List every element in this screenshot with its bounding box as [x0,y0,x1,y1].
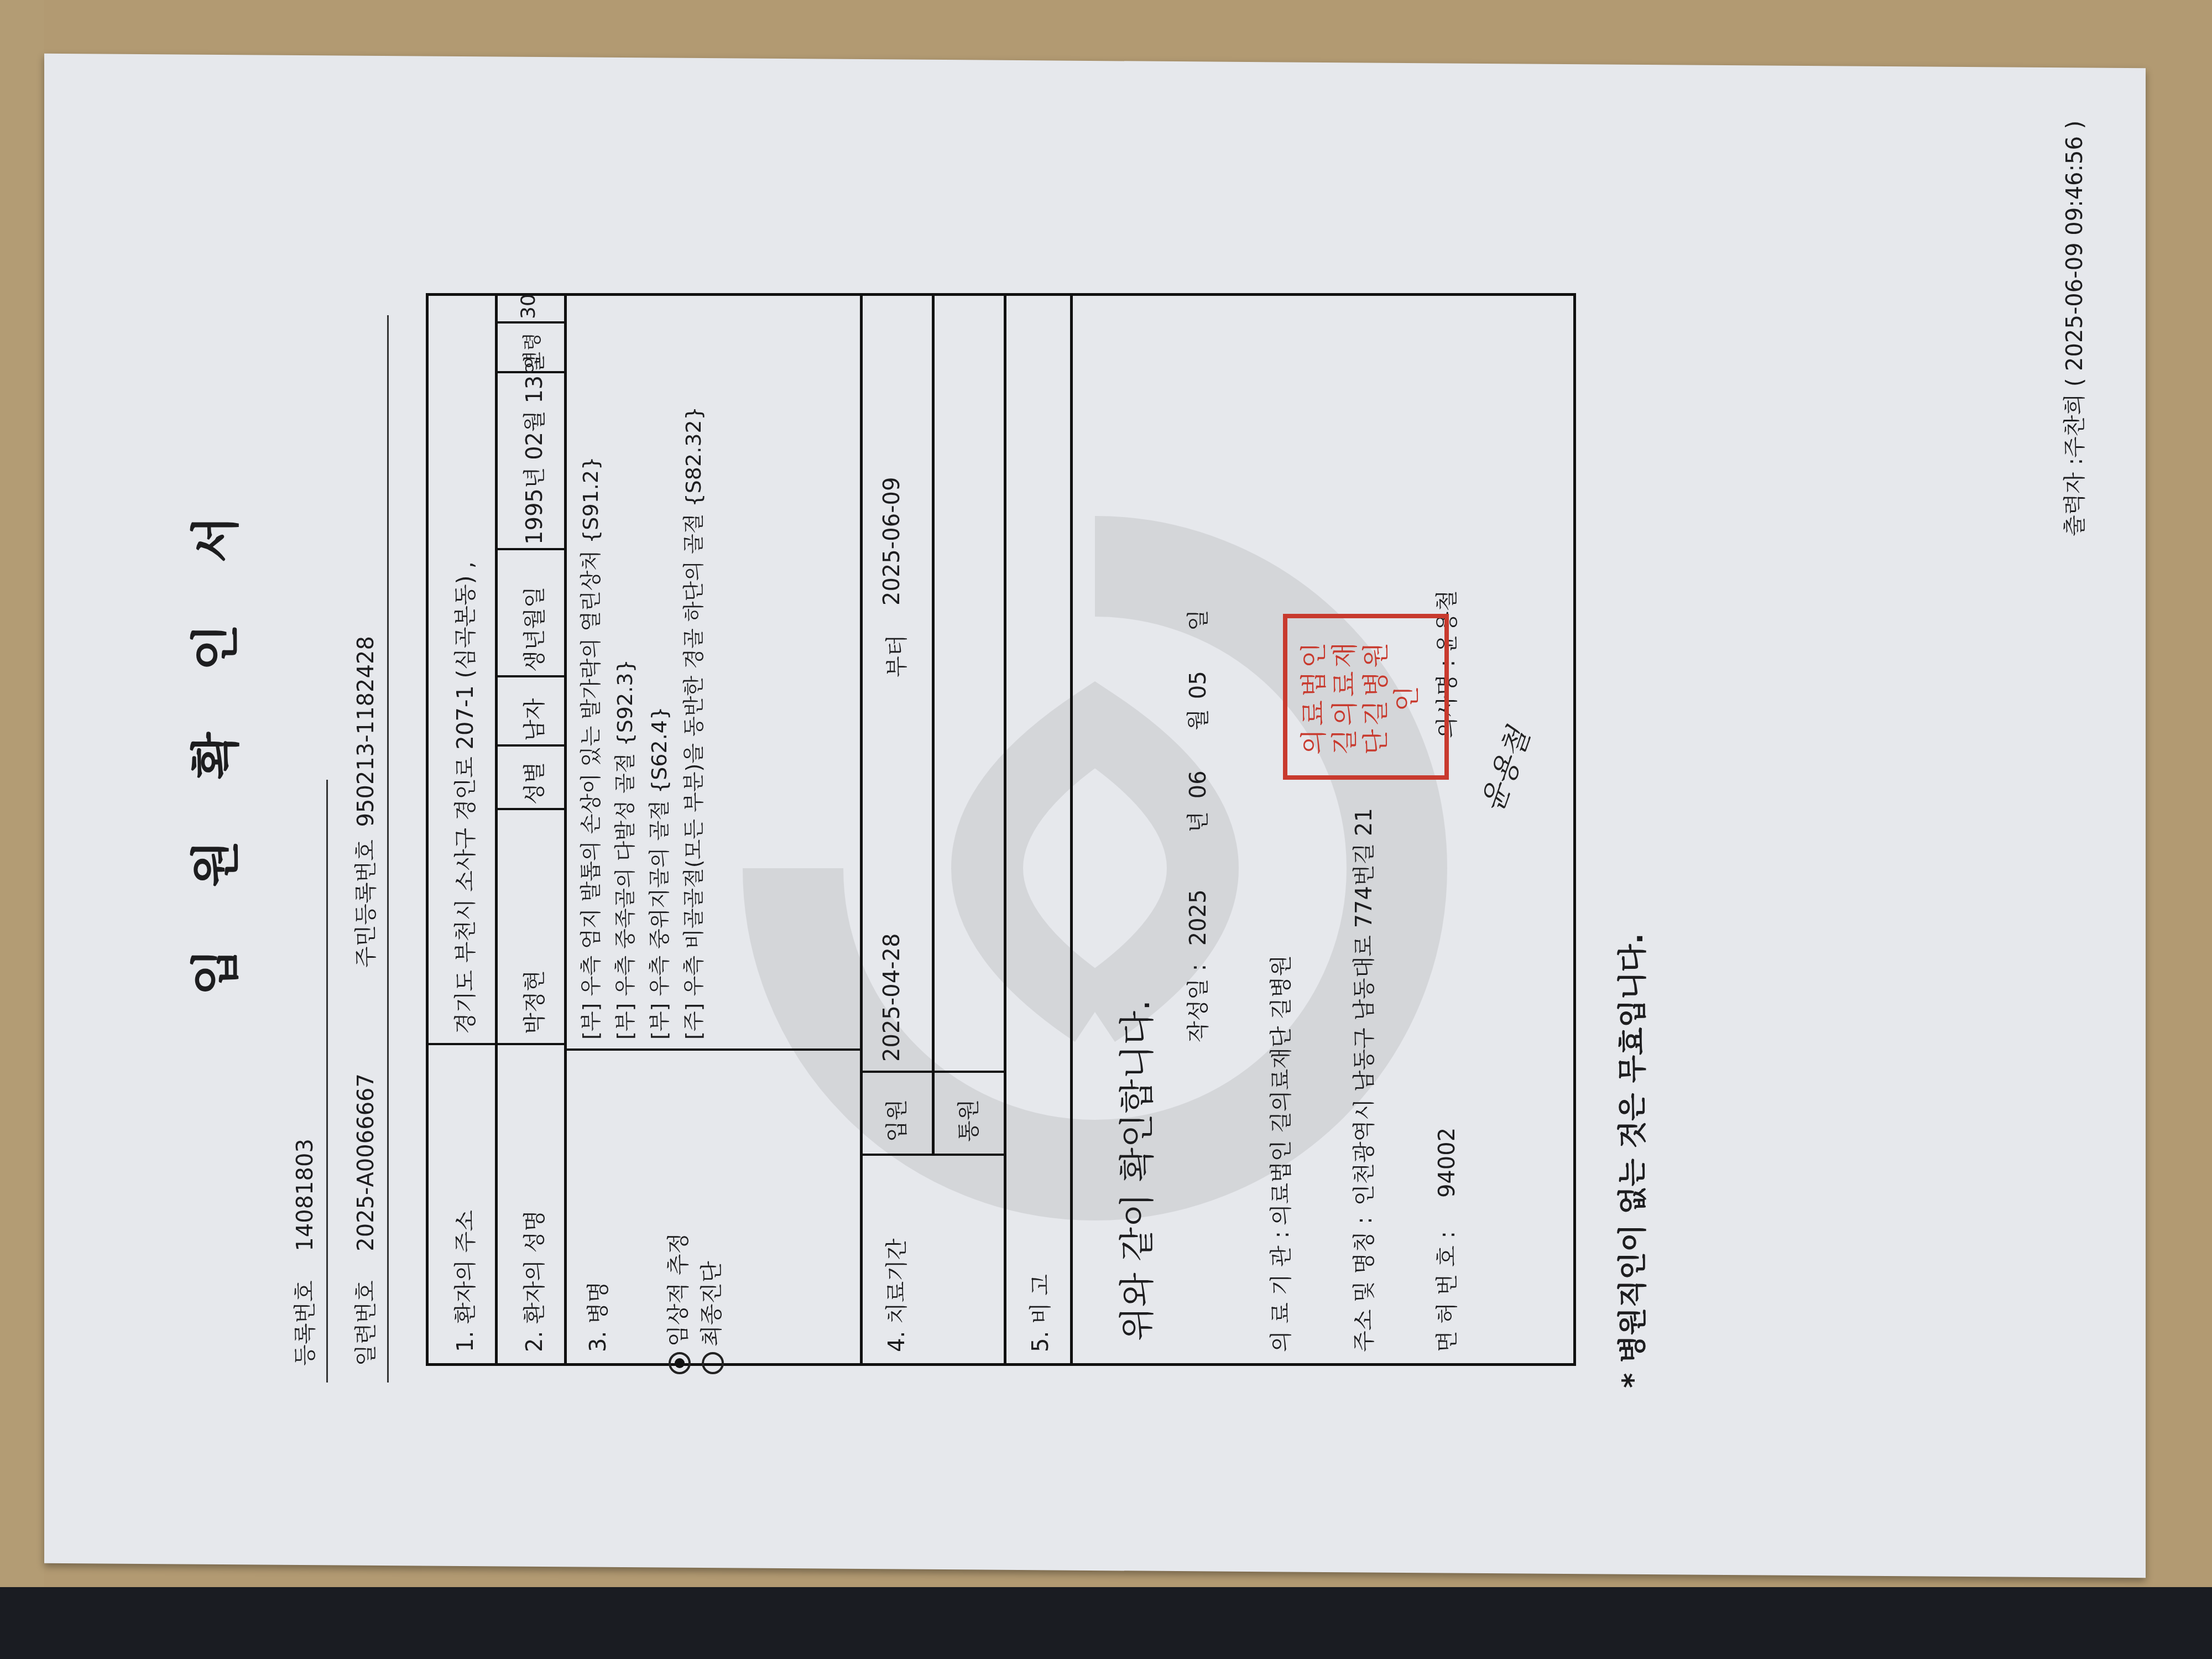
issue-date: 작성일 : 2025 년 06 월 05 일 [1181,609,1212,1042]
serial-number-row: 일련번호 2025-A0066667 [348,1073,380,1366]
diagnosis-item: [부] 우측 중위지골의 골절 {S62.4} [642,406,676,1040]
divider [564,1048,860,1051]
divider [495,321,564,324]
age-value: 30 [517,294,540,319]
hospital-seal: 의료법인길의료재단길병원인 [1283,614,1449,780]
divider [1004,296,1006,1363]
divider [860,1154,1004,1156]
patient-address: 경기도 부천시 소사구 경인로 207-1 (심곡본동) , [448,561,479,1034]
divider [495,675,564,677]
divider [860,1071,1004,1073]
sex-value: 남자 [517,698,549,741]
envelope-edge [0,0,44,1587]
serial-number: 2025-A0066667 [353,1073,379,1251]
institution-address-row: 주소 및 명칭 :인천광역시 남동구 남동대로 774번길 21 [1347,808,1378,1352]
divider [387,315,389,1383]
resident-number: 950213-1182428 [353,636,379,827]
divider [495,548,564,550]
info-table: 1. 환자의 주소 경기도 부천시 소사구 경인로 207-1 (심곡본동) ,… [426,293,1576,1366]
institution-name-row: 의 료 기 관 :의료법인 길의료재단 길병원 [1264,955,1295,1352]
inpatient-label: 입원 [879,1099,911,1142]
patient-name-label: 2. 환자의 성명 [517,1210,549,1352]
resident-number-row: 주민등록번호 950213-1182428 [348,636,380,968]
diagnosis-item: [부] 우측 엄지 발톱의 손상이 있는 발가락의 열린상처 {S91.2} [573,406,608,1040]
divider [326,780,328,1383]
registration-number: 14081803 [293,1139,318,1251]
divider [564,296,567,1363]
age-label: 연령 [517,332,544,369]
confirmation-statement: 위와 같이 확인합니다. [1109,1000,1160,1341]
radio-selected-icon[interactable] [669,1352,691,1374]
divider [495,808,564,810]
inpatient-to-date: 2025-06-09 [879,477,905,606]
validity-notice: * 병원직인이 없는 것은 무효입니다. [1609,933,1651,1388]
from-suffix: 부터 [879,635,911,677]
divider [429,1043,564,1045]
sex-label: 성별 [517,762,549,805]
divider [1070,296,1073,1363]
treatment-period-label: 4. 치료기간 [879,1239,911,1352]
resident-number-label: 주민등록번호 [353,839,379,968]
remarks-label: 5. 비 고 [1023,1274,1055,1352]
patient-name: 박정현 [517,970,549,1034]
diagnosis-label: 3. 병명 [581,1281,612,1352]
registration-number-row: 등록번호 14081803 [288,1139,319,1366]
radio-empty-icon[interactable] [702,1352,724,1374]
outpatient-label: 통원 [951,1099,983,1142]
patient-address-label: 1. 환자의 주소 [448,1210,479,1352]
divider [860,296,863,1363]
registration-number-label: 등록번호 [293,1280,318,1366]
serial-number-label: 일련번호 [353,1280,379,1366]
desk-surface [0,1587,2212,1659]
license-number-row: 면 허 번 호 :94002 [1430,1128,1461,1352]
divider [932,296,935,1156]
print-info: 출력자 :주찬희 ( 2025-06-09 09:46:56 ) [2057,121,2089,536]
inpatient-from-date: 2025-04-28 [879,933,905,1062]
admission-certificate: 입 원 확 인 서 등록번호 14081803 일련번호 2025-A00666… [44,61,2146,1571]
diagnosis-item: [부] 우측 중족골의 다발성 골절 {S92.3} [608,406,642,1040]
divider [495,744,564,747]
diagnosis-item: [주] 우측 비골골절(모든 부분)을 동반한 경골 하단의 골절 {S82.3… [676,406,711,1040]
diagnosis-type-final[interactable]: 최종진단 [694,1261,726,1374]
divider [495,296,498,1363]
diagnosis-type-clinical[interactable]: 임상적 추정 [661,1233,692,1374]
diagnosis-list: [부] 우측 엄지 발톱의 손상이 있는 발가락의 열린상처 {S91.2} [… [573,406,711,1040]
birth-label: 생년월일 [517,586,549,672]
page-title: 입 원 확 인 서 [177,493,247,995]
birth-date: 1995년 02월 13일 [517,354,549,545]
